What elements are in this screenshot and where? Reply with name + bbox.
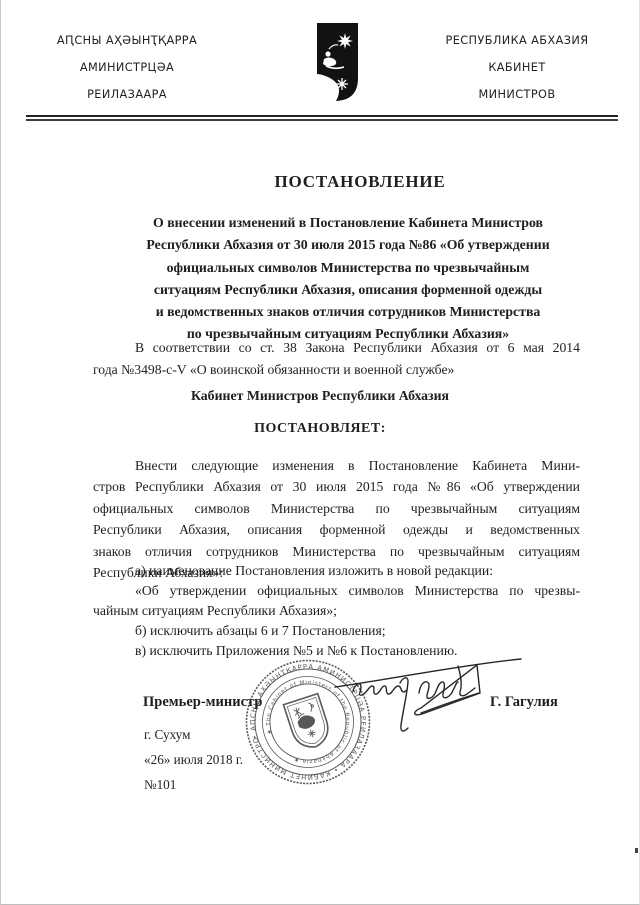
letterhead-abkhaz: АԤСНЫ АҲӘЫНҬҚАРРА АМИНИСТРЦӘА РЕИЛАЗААРА: [31, 27, 223, 108]
body-line: чайным ситуациям Республики Абхазия»;: [93, 601, 580, 621]
signature-place: г. Сухум: [144, 727, 190, 743]
body-paragraph-2: а) наименование Постановления изложить в…: [93, 561, 580, 661]
document-subject: О внесении изменений в Постановление Каб…: [89, 212, 607, 346]
letterhead-russian: РЕСПУБЛИКА АБХАЗИЯ КАБИНЕТ МИНИСТРОВ: [421, 27, 613, 108]
body-line: а) наименование Постановления изложить в…: [93, 561, 580, 581]
body-line: знаков отличия сотрудников Министерства …: [93, 541, 580, 562]
issuer-line: Кабинет Министров Республики Абхазия: [1, 388, 639, 404]
document-title: ПОСТАНОВЛЕНИЕ: [101, 172, 619, 192]
body-line: официальных символов Министерства по чре…: [93, 498, 580, 519]
body-line: Внести следующие изменения в Постановлен…: [93, 455, 580, 476]
body-line: Республики Абхазия, описания форменной о…: [93, 519, 580, 540]
document-number: №101: [144, 777, 176, 793]
body-line: б) исключить абзацы 6 и 7 Постановления;: [93, 621, 580, 641]
preamble: В соответствии со ст. 38 Закона Республи…: [93, 337, 580, 380]
scan-artifact: [635, 848, 638, 853]
preamble-line: В соответствии со ст. 38 Закона Республи…: [93, 337, 580, 359]
body-line: «Об утверждении официальных символов Мин…: [93, 581, 580, 601]
stamp-shield-emblem: [283, 694, 333, 753]
resolves-word: ПОСТАНОВЛЯЕТ:: [1, 421, 639, 437]
document-page: АԤСНЫ АҲӘЫНҬҚАРРА АМИНИСТРЦӘА РЕИЛАЗААРА…: [0, 0, 640, 905]
body-line: стров Республики Абхазия от 30 июля 2015…: [93, 476, 580, 497]
signature-date: «26» июля 2018 г.: [144, 752, 243, 768]
handwritten-signature: [331, 653, 593, 770]
letterhead-divider: [26, 115, 618, 121]
preamble-line: года №3498-с-V «О воинской обязанности и…: [93, 359, 580, 381]
abkhazia-cabinet-emblem-icon: [316, 22, 359, 108]
